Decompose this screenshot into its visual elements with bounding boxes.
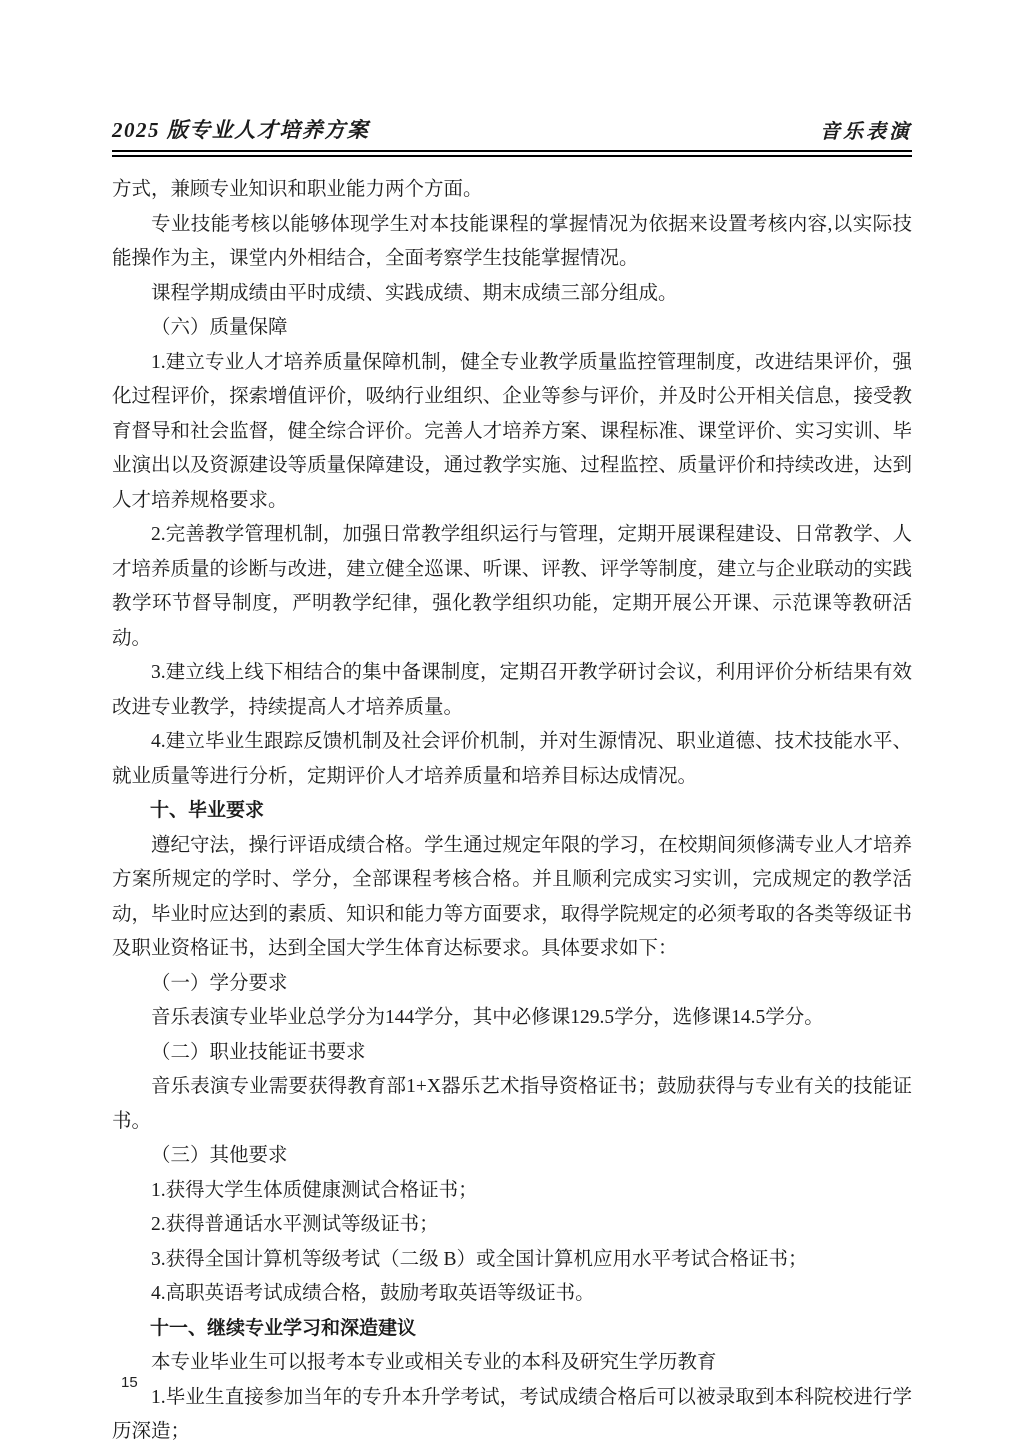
page-number: 15 — [121, 1374, 138, 1391]
paragraph: （一）学分要求 — [112, 967, 912, 1002]
page-header: 2025 版专业人才培养方案 音乐表演 — [112, 114, 912, 157]
paragraph: 音乐表演专业需要获得教育部1+X器乐艺术指导资格证书；鼓励获得与专业有关的技能证… — [112, 1070, 912, 1139]
paragraph: 4.高职英语考试成绩合格，鼓励考取英语等级证书。 — [112, 1277, 912, 1312]
paragraph: 1.建立专业人才培养质量保障机制，健全专业教学质量监控管理制度，改进结果评价，强… — [112, 346, 912, 519]
header-major-name: 音乐表演 — [820, 115, 912, 144]
paragraph: 1.毕业生直接参加当年的专升本升学考试，考试成绩合格后可以被录取到本科院校进行学… — [112, 1381, 912, 1448]
header-doc-title: 2025 版专业人才培养方案 — [112, 114, 369, 144]
paragraph: 专业技能考核以能够体现学生对本技能课程的掌握情况为依据来设置考核内容,以实际技能… — [112, 208, 912, 277]
paragraph: 方式，兼顾专业知识和职业能力两个方面。 — [112, 173, 912, 208]
section-heading: 十、毕业要求 — [112, 794, 912, 829]
paragraph: （三）其他要求 — [112, 1139, 912, 1174]
header-double-rule — [112, 150, 912, 157]
paragraph: 音乐表演专业毕业总学分为144学分，其中必修课129.5学分，选修课14.5学分… — [112, 1001, 912, 1036]
header-row: 2025 版专业人才培养方案 音乐表演 — [112, 114, 912, 150]
paragraph: 1.获得大学生体质健康测试合格证书； — [112, 1174, 912, 1209]
paragraph: 4.建立毕业生跟踪反馈机制及社会评价机制，并对生源情况、职业道德、技术技能水平、… — [112, 725, 912, 794]
paragraph: 遵纪守法，操行评语成绩合格。学生通过规定年限的学习，在校期间须修满专业人才培养方… — [112, 829, 912, 967]
paragraph: 课程学期成绩由平时成绩、实践成绩、期末成绩三部分组成。 — [112, 277, 912, 312]
document-body: 方式，兼顾专业知识和职业能力两个方面。专业技能考核以能够体现学生对本技能课程的掌… — [112, 173, 912, 1448]
paragraph: 2.获得普通话水平测试等级证书； — [112, 1208, 912, 1243]
section-heading: 十一、继续专业学习和深造建议 — [112, 1312, 912, 1347]
paragraph: 3.获得全国计算机等级考试（二级 B）或全国计算机应用水平考试合格证书； — [112, 1243, 912, 1278]
document-page: 2025 版专业人才培养方案 音乐表演 方式，兼顾专业知识和职业能力两个方面。专… — [0, 0, 1024, 1448]
paragraph: 2.完善教学管理机制，加强日常教学组织运行与管理，定期开展课程建设、日常教学、人… — [112, 518, 912, 656]
paragraph: （二）职业技能证书要求 — [112, 1036, 912, 1071]
paragraph: 3.建立线上线下相结合的集中备课制度，定期召开教学研讨会议，利用评价分析结果有效… — [112, 656, 912, 725]
paragraph: 本专业毕业生可以报考本专业或相关专业的本科及研究生学历教育 — [112, 1346, 912, 1381]
paragraph: （六）质量保障 — [112, 311, 912, 346]
